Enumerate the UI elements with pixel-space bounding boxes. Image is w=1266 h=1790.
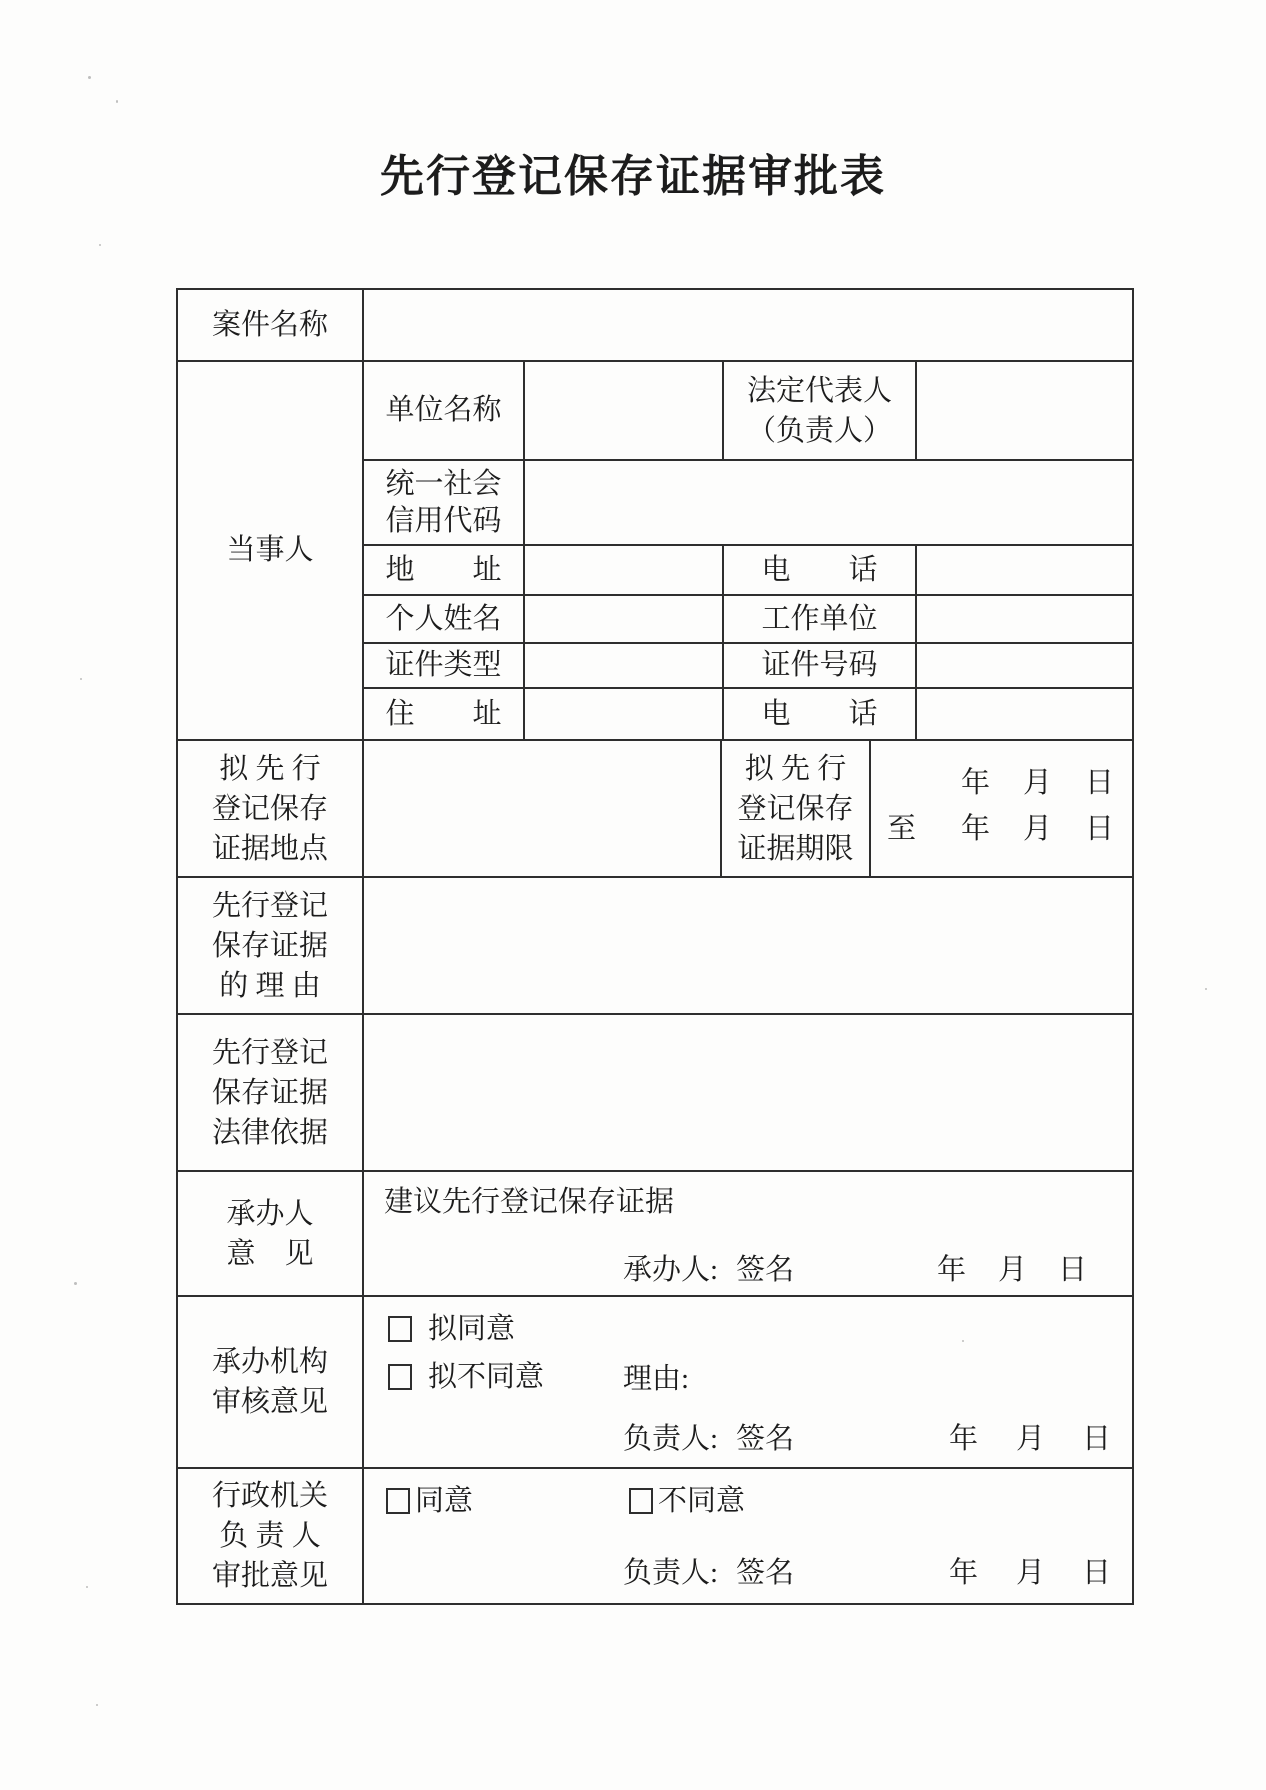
handler-signer-label: 承办人: [623,1252,718,1288]
row-credit-code: 统一社会 信用代码 [364,459,1132,544]
head-agree-label: 同意 [415,1483,473,1519]
document-page: 先行登记保存证据审批表 案件名称 当事人 单位名称 法定代表人 （负责人） [0,0,1266,1790]
person-name-label: 个人姓名 [364,596,523,642]
row-reason: 先行登记 保存证据 的 理 由 [178,876,1132,1013]
head-month-label: 月 [1016,1555,1045,1591]
agency-disagree-option: 拟不同意 [388,1359,544,1395]
credit-code-value [523,461,1132,544]
period-start-year-label: 年 [961,765,990,801]
head-agree-option: 同意 [386,1483,473,1519]
period-end-year-label: 年 [961,811,990,847]
scan-speckle [96,1704,98,1706]
address-value [523,546,722,594]
id-type-label: 证件类型 [364,644,523,687]
residence-label: 住 址 [364,689,523,739]
row-case-name: 案件名称 [178,290,1132,360]
row-person-name: 个人姓名 工作单位 [364,594,1132,642]
party-subtable: 单位名称 法定代表人 （负责人） 统一社会 信用代码 [362,362,1132,739]
row-address: 地 址 电 话 [364,544,1132,594]
agency-day-label: 日 [1082,1421,1111,1457]
checkbox-head-agree-icon [386,1488,410,1514]
case-name-value [362,290,1132,360]
handler-sign-label: 签名 [736,1252,794,1288]
head-day-label: 日 [1082,1555,1111,1591]
scan-speckle [86,1586,88,1588]
head-signature-line: 负责人: 签名 [623,1555,794,1591]
checkbox-agree-icon [388,1316,412,1342]
scan-speckle [74,1282,77,1285]
handler-signature-line: 承办人: 签名 [623,1252,794,1288]
agency-disagree-label: 拟不同意 [428,1359,544,1395]
approval-form-table: 案件名称 当事人 单位名称 法定代表人 （负责人） 统一社会 [176,288,1134,1605]
row-location-period: 拟 先 行 登记保存 证据地点 拟 先 行 登记保存 证据期限 年 月 日 至 … [178,739,1132,876]
residence-value [523,689,722,739]
head-disagree-option: 不同意 [629,1483,745,1519]
id-number-value [915,644,1132,687]
head-signer-label: 负责人: [623,1555,718,1591]
row-head-approval: 行政机关 负 责 人 审批意见 同意 不同意 负责人: 签名 年 月 [178,1467,1132,1603]
legal-basis-label: 先行登记 保存证据 法律依据 [178,1015,362,1170]
period-start-day-label: 日 [1085,765,1114,801]
agency-review-content: 拟同意 拟不同意 理由: 负责人: 签名 年 月 日 [362,1297,1132,1467]
head-disagree-label: 不同意 [658,1483,745,1519]
head-approval-content: 同意 不同意 负责人: 签名 年 月 日 [362,1469,1132,1603]
work-unit-value [915,596,1132,642]
period-end-day-label: 日 [1085,811,1114,847]
location-label: 拟 先 行 登记保存 证据地点 [178,741,362,876]
scan-speckle [99,244,101,246]
party-label: 当事人 [178,362,362,739]
legal-basis-value [362,1015,1132,1170]
checkbox-head-disagree-icon [629,1488,653,1514]
handler-suggestion-text: 建议先行登记保存证据 [384,1184,674,1220]
work-unit-label: 工作单位 [722,596,915,642]
scan-speckle [80,678,82,680]
address-label: 地 址 [364,546,523,594]
scan-speckle [116,100,118,103]
page-title: 先行登记保存证据审批表 [0,140,1266,204]
row-handler-opinion: 承办人 意 见 建议先行登记保存证据 承办人: 签名 年 月 日 [178,1170,1132,1295]
reason-label: 先行登记 保存证据 的 理 由 [178,878,362,1013]
period-start-month-label: 月 [1023,765,1052,801]
agency-review-label: 承办机构 审核意见 [178,1297,362,1467]
location-value [362,741,720,876]
handler-year-label: 年 [937,1252,966,1288]
handler-day-label: 日 [1058,1252,1087,1288]
phone-label: 电 话 [722,546,915,594]
head-year-label: 年 [949,1555,978,1591]
row-residence: 住 址 电 话 [364,687,1132,739]
legal-rep-label: 法定代表人 （负责人） [722,362,915,459]
agency-agree-option: 拟同意 [388,1311,515,1347]
phone-value [915,546,1132,594]
row-unit-name: 单位名称 法定代表人 （负责人） [364,362,1132,459]
period-end-month-label: 月 [1023,811,1052,847]
agency-signature-line: 负责人: 签名 [623,1421,794,1457]
period-label: 拟 先 行 登记保存 证据期限 [720,741,869,876]
handler-opinion-label: 承办人 意 见 [178,1172,362,1295]
period-to-label: 至 [887,811,916,847]
handler-opinion-content: 建议先行登记保存证据 承办人: 签名 年 月 日 [362,1172,1132,1295]
id-number-label: 证件号码 [722,644,915,687]
agency-sign-label: 签名 [736,1421,794,1457]
phone2-value [915,689,1132,739]
agency-agree-label: 拟同意 [428,1311,515,1347]
credit-code-label: 统一社会 信用代码 [364,461,523,544]
agency-reason-label: 理由: [623,1361,689,1397]
agency-year-label: 年 [949,1421,978,1457]
head-sign-label: 签名 [736,1555,794,1591]
checkbox-disagree-icon [388,1364,412,1390]
row-legal-basis: 先行登记 保存证据 法律依据 [178,1013,1132,1170]
row-id-type: 证件类型 证件号码 [364,642,1132,687]
agency-month-label: 月 [1016,1421,1045,1457]
handler-month-label: 月 [998,1252,1027,1288]
reason-value [362,878,1132,1013]
scan-speckle [88,76,91,79]
row-party: 当事人 单位名称 法定代表人 （负责人） 统一社会 信用代码 [178,360,1132,739]
head-approval-label: 行政机关 负 责 人 审批意见 [178,1469,362,1603]
period-value: 年 月 日 至 年 月 日 [869,741,1132,876]
scan-speckle [1205,988,1207,990]
unit-name-label: 单位名称 [364,362,523,459]
phone2-label: 电 话 [722,689,915,739]
legal-rep-value [915,362,1132,459]
person-name-value [523,596,722,642]
agency-signer-label: 负责人: [623,1421,718,1457]
row-agency-review: 承办机构 审核意见 拟同意 拟不同意 理由: 负责人: 签名 年 月 [178,1295,1132,1467]
id-type-value [523,644,722,687]
case-name-label: 案件名称 [178,290,362,360]
unit-name-value [523,362,722,459]
